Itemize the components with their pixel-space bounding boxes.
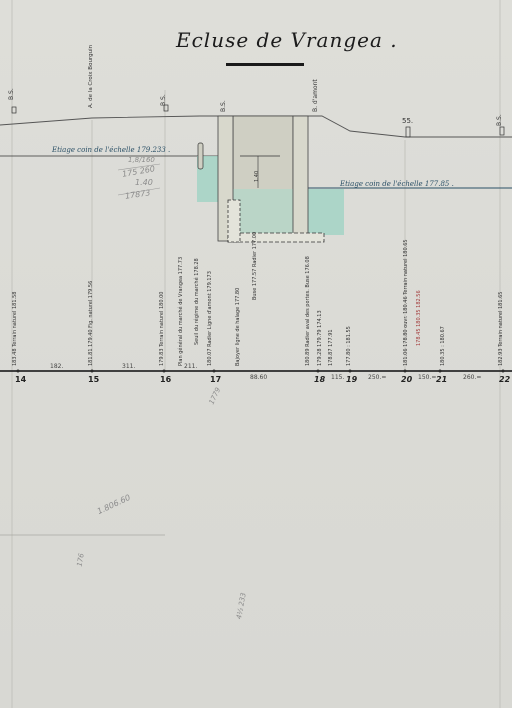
annotation-plan-general: Plan général du marché de Vrangea 177.73 [178, 257, 184, 366]
annotation-radier-aval: 180.89 Radier aval des portes. Buse 176.… [305, 256, 311, 366]
lock-head-label: B.S. [220, 100, 227, 112]
distance-8: 260.= [463, 374, 481, 381]
gauge-post [198, 143, 203, 169]
lock-foundation [228, 233, 324, 242]
station-14: 14 [15, 375, 26, 384]
marker-bs-left [12, 107, 16, 113]
annotation-radier-amont: 180.07 Radier Ligne d'amont 179.173 [207, 271, 213, 366]
annotation-station-18: 179.28 179.79 174.13 [317, 310, 323, 366]
distance-7: 150.= [418, 374, 436, 381]
annotation-bajoyer: Bajoyer ligne de halage 177.80 [235, 288, 241, 366]
distance-1: 182. [50, 363, 63, 370]
distance-6: 250.= [368, 374, 386, 381]
upstream-level-label: Etiage coin de l'échelle 179.233 . [52, 146, 170, 154]
profile-drawing [0, 0, 512, 708]
drop-label: 1.40 [254, 171, 260, 182]
downstream-level-label: Etiage coin de l'échelle 177.85 . [340, 180, 454, 188]
downstream-water [308, 189, 344, 235]
downstream-wall [293, 116, 308, 241]
bs-right-label: B.S. [496, 114, 503, 126]
annotation-station-21: 180.35 : 180.67 [440, 326, 446, 366]
annotation-station-22: 182.93 Terrain naturel 181.65 [498, 292, 504, 366]
pencil-calc-1: 1,8/160 [128, 156, 155, 164]
bridge-label: A. de la Croix Bourguin [88, 45, 94, 108]
annotation-station-14: 183.48 Terrain naturel 181.58 [12, 292, 18, 366]
bs-mid-label: B.S. [160, 94, 167, 106]
distance-2: 311. [122, 363, 135, 370]
marker-bs-right [500, 127, 504, 135]
upstream-mark-label: B. d'amont [312, 79, 319, 112]
grid-verticals [12, 0, 500, 708]
marker-55 [406, 127, 410, 137]
station-15: 15 [88, 375, 99, 384]
annotation-station-18b: 178.87 177.91 [328, 329, 334, 366]
marker-55-label: 55. [402, 117, 413, 125]
distance-5: 115. [331, 374, 344, 381]
annotation-station-16: 179.83 Terrain naturel 180.00 [159, 292, 165, 366]
annotation-buse: Buse 177.57 Radier 177.00 [252, 232, 258, 300]
station-18: 18 [314, 375, 325, 384]
annotation-station-20b: 178.45 180.35 182.56 [416, 290, 422, 346]
bs-left-label: B.S. [8, 88, 15, 100]
distance-4: 88.60 [250, 374, 267, 381]
distance-3: 211. [184, 363, 197, 370]
station-19: 19 [346, 375, 357, 384]
annotation-seuil: Seuil du régime du marché 178.28 [194, 258, 200, 345]
station-21: 21 [436, 375, 447, 384]
station-16: 16 [160, 375, 171, 384]
station-20: 20 [401, 375, 412, 384]
station-17: 17 [210, 375, 221, 384]
annotation-station-19: 177.80 : 181.55 [346, 326, 352, 366]
annotation-station-20: 181.06 178.80 ouvr. 180.46 Terrain natur… [403, 239, 409, 366]
pencil-calc-3: 1.40 [135, 178, 153, 187]
annotation-station-15: 181.81 179.40 Fig. naturel 179.56 [88, 281, 94, 366]
station-22: 22 [499, 375, 510, 384]
drawing-sheet: Ecluse de Vrangea . [0, 0, 512, 708]
left-foundation [228, 200, 240, 242]
